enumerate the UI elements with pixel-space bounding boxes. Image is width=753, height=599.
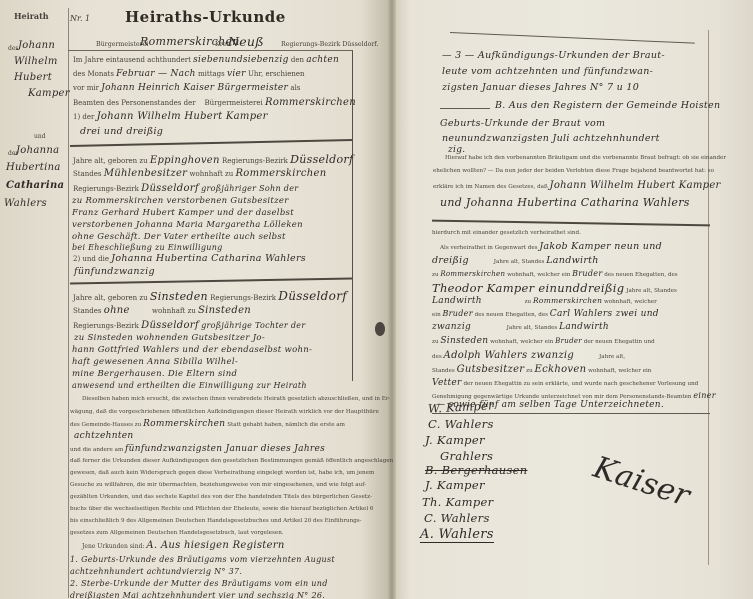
margin-bride-4: Wahlers — [4, 198, 47, 209]
margin-bride-2: Hubertina — [6, 162, 61, 173]
certificate-title: Heiraths-Urkunde — [125, 8, 286, 26]
bride-occupation-line: Standes ohne wohnhaft zu Sinsteden — [73, 305, 251, 316]
signature-2: C. Wahlers — [428, 417, 494, 431]
witness-line-6: ein Bruder des neuen Ehegatten, des Carl… — [432, 309, 659, 319]
declaration-line: erkläre ich im Namen des Gesetzes, daß J… — [433, 180, 721, 191]
section-b-line-1: Geburts-Urkunde der Braut vom — [440, 118, 605, 129]
margin-groom-2: Wilhelm — [14, 56, 58, 67]
margin-bride-3: Catharina — [6, 180, 64, 191]
paragraph-line-8: buchs über die wechselseitigen Rechte un… — [70, 506, 373, 512]
couple-names-line-2: und Johanna Hubertina Catharina Wahlers — [440, 196, 690, 209]
paragraph-line-3: des Gemeinde-Hauses zu Rommerskirchen St… — [70, 419, 345, 429]
bride-parents-3: haft gewesenen Anna Sibilla Wilhel- — [72, 357, 238, 367]
witness-line-8: zu Sinsteden wohnhaft, welcher ein Brude… — [432, 336, 655, 346]
form-line-1: Im Jahre eintausend achthundert siebenun… — [73, 55, 339, 65]
groom-age: drei und dreißig — [80, 126, 163, 137]
right-hand-line-2: leute vom achtzehnten und fünfundzwan- — [442, 66, 653, 77]
bride-parents-5: anwesend und ertheilten die Einwilligung… — [72, 381, 307, 390]
paragraph-line-2: wägung, daß die vorgeschriebenen öffentl… — [70, 409, 379, 415]
form-line-3: vor mir Johann Heinrich Kaiser Bürgermei… — [73, 83, 300, 93]
document-spread: Heirath des Johann Wilhelm Hubert Kamper… — [0, 0, 753, 599]
paragraph-line-5: gewesen, daß auch kein Widerspruch gegen… — [70, 470, 374, 476]
section-b-line-2: neunundzwanzigsten Juli achtzehnhundert — [442, 133, 660, 144]
groom-occupation-line: Standes Mühlenbesitzer wohnhaft zu Romme… — [73, 168, 326, 179]
witness-line-4: Theodor Kamper einunddreißig Jahre alt, … — [432, 281, 677, 295]
certificate-number-label: Nr. 1 — [70, 14, 90, 23]
paragraph-line-9: bis einschließlich 9 des Allgemeinen Deu… — [70, 518, 362, 524]
signature-9: A. Wahlers — [420, 527, 494, 543]
witness-line-9: des Adolph Wahlers zwanzig Jahre alt, — [432, 350, 625, 361]
question-line-2: ehelichen wollten? — Da nun jeder der be… — [433, 168, 714, 174]
signature-8: C. Wahlers — [424, 511, 490, 525]
margin-groom-4: Kamper — [28, 88, 70, 99]
second-announcement-line: und die andere am fünfundzwanzigsten Jan… — [70, 444, 325, 454]
form-line-2: des Monats Februar — Nach mittags vier U… — [73, 69, 305, 79]
bride-district-line: Regierungs-Bezirk Düsseldorf großjährige… — [73, 320, 305, 331]
groom-parents-1: zu Rommerskirchen verstorbenen Gutsbesit… — [72, 196, 289, 206]
signature-7: Th. Kamper — [422, 495, 493, 509]
witness-line-3: zu Rommerskirchen wohnhaft, welcher ein … — [432, 269, 678, 278]
groom-parents-3: verstorbenen Johanna Maria Margaretha Lö… — [72, 220, 303, 230]
witness-line-10: Standes Gutsbesitzer zu Eckhoven wohnhaf… — [432, 364, 651, 375]
book-gutter — [388, 0, 396, 599]
bride-parents-2: hann Gottfried Wahlers und der ebendasel… — [72, 345, 312, 355]
signature-6: J. Kamper — [425, 478, 485, 492]
kreis-value: Neuß — [228, 34, 264, 49]
paragraph-line-7: gezählten Urkunden, und das sechste Kapi… — [70, 494, 372, 500]
right-hand-line-3: zigsten Januar dieses Jahres N° 7 u 10 — [442, 82, 639, 93]
document-item-2: 2. Sterbe-Urkunde der Mutter des Bräutig… — [70, 578, 350, 599]
section-b-rule — [440, 108, 490, 109]
right-hand-line-1: — 3 — Aufkündigungs-Urkunden der Braut- — [442, 50, 665, 61]
paragraph-line-6: Gesuche zu willfahren, die mir übermacht… — [70, 482, 366, 488]
groom-parents-2: Franz Gerhard Hubert Kamper und der dase… — [72, 208, 294, 218]
form-line-4: Beamten des Personenstandes der Bürgerme… — [73, 97, 356, 108]
margin-bride-1: Johanna — [16, 145, 59, 156]
groom-birthplace-line: Jahre alt, geboren zu Eppinghoven Regier… — [73, 153, 353, 166]
first-announcement-date: achtzehnten — [74, 431, 134, 441]
margin-des-label: des — [8, 45, 18, 52]
section-b-line-3: zig. — [448, 145, 465, 155]
bride-birthplace-line: Jahre alt, geboren zu Sinsteden Regierun… — [73, 289, 347, 303]
witness-line-2: dreißig Jahre alt, Standes Landwirth — [432, 255, 599, 266]
paragraph-line-10: gesetzes zum Allgemeinen Deutschen Hande… — [70, 530, 284, 536]
witness-line-11: Vetter der neuen Ehegattin zu sein erklä… — [432, 378, 698, 388]
paragraph-line-4: daß ferner die Urkunden dieser Aufkündig… — [70, 458, 393, 464]
groom-parents-4: ohne Geschäft. Der Vater ertheilte auch … — [72, 232, 286, 242]
signature-5: B. Bergerhausen — [425, 463, 527, 477]
margin-heading: Heirath — [14, 11, 49, 21]
married-line: hierdurch mit einander gesetzlich verhei… — [432, 230, 581, 236]
groom-district-line: Regierungs-Bezirk Düsseldorf großjährige… — [73, 183, 298, 194]
bride-parents-4: mine Bergerhausen. Die Eltern sind — [72, 369, 237, 379]
margin-groom-3: Hubert — [14, 72, 52, 83]
form-line-groom: 1) der Johann Wilhelm Hubert Kamper — [73, 111, 268, 122]
ink-stain — [375, 322, 385, 336]
groom-parents-5: bei Eheschließung zu Einwilligung — [72, 243, 223, 252]
margin-und-label: und — [34, 133, 46, 140]
bride-parents-1: zu Sinsteden wohnenden Gutsbesitzer Jo- — [74, 333, 265, 343]
regierungsbezirk-label: Regierungs-Bezirk Düsseldorf. — [281, 41, 379, 48]
section-b-heading: B. Aus den Registern der Gemeinde Hoiste… — [495, 100, 720, 111]
question-line-1: Hierauf habe ich den vorbenannten Bräuti… — [445, 155, 726, 161]
bride-age: fünfundzwanzig — [74, 266, 155, 277]
bride-name-line: 2) und die Johanna Hubertina Catharina W… — [73, 253, 306, 264]
documents-heading-line: Jene Urkunden sind: A. Aus hiesigen Regi… — [82, 540, 285, 551]
signature-4: Grahlers — [440, 449, 493, 463]
signature-3: J. Kamper — [425, 433, 485, 447]
witness-line-1: Als verheirathet in Gegenwart des Jakob … — [440, 241, 662, 252]
witness-line-5: Landwirth zu Rommerskirchen wohnhaft, we… — [432, 296, 657, 306]
document-item-1: 1. Geburts-Urkunde des Bräutigams vom vi… — [70, 554, 350, 578]
paragraph-line-1: Dieselben haben mich ersucht, die zwisch… — [82, 396, 390, 402]
witness-line-7: zwanzig Jahre alt, Standes Landwirth — [432, 322, 609, 332]
margin-groom-1: Johann — [18, 40, 55, 51]
